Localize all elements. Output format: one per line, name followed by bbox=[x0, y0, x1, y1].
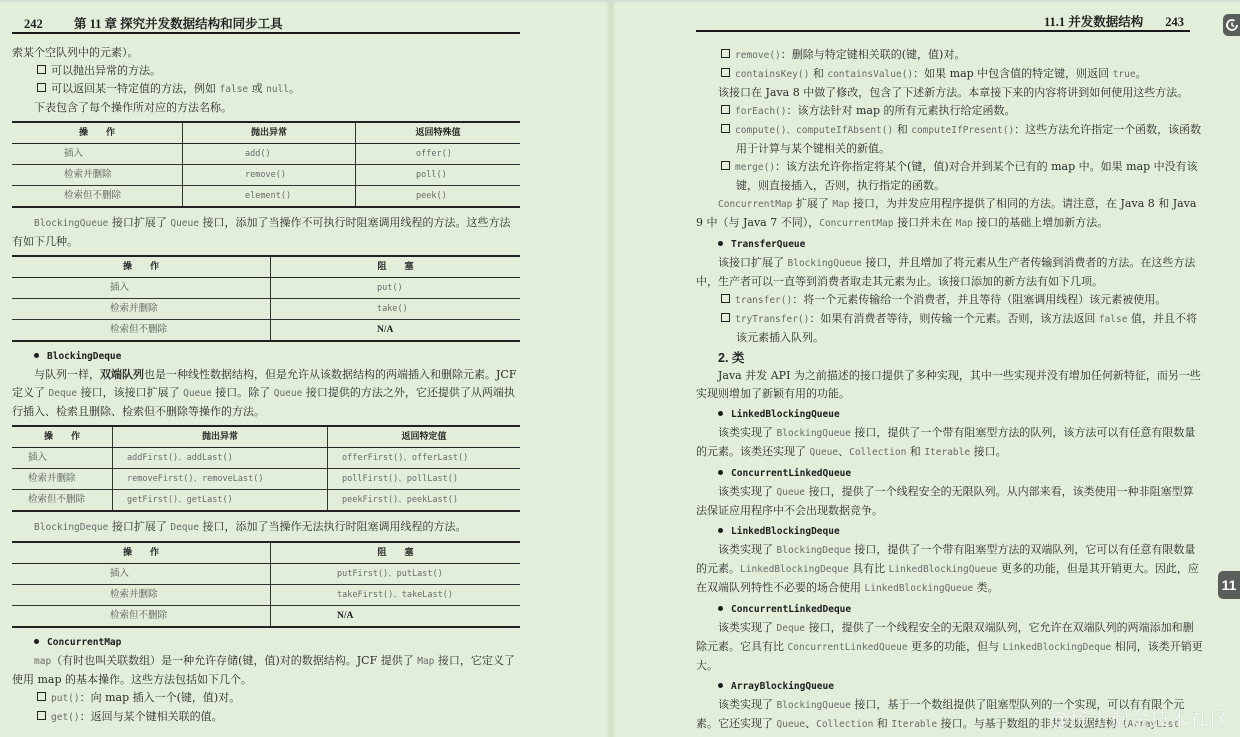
list-item: compute()、computeIfAbsent() 和 computeIfP… bbox=[696, 121, 1204, 158]
checkbox-bullet-icon bbox=[37, 711, 46, 720]
list-item: 可以抛出异常的方法。 bbox=[12, 62, 520, 80]
paragraph: 该类实现了 Queue 接口，提供了一个线程安全的无限队列。从内部来看，该类使用… bbox=[696, 483, 1204, 520]
bullet-icon bbox=[34, 639, 39, 644]
checkbox-bullet-icon bbox=[37, 65, 46, 74]
list-item: containsKey() 和 containsValue()：如果 map 中… bbox=[696, 65, 1204, 84]
checkbox-bullet-icon bbox=[37, 692, 46, 701]
right-page-content: remove()：删除与特定键相关联的(键，值)对。 containsKey()… bbox=[696, 46, 1204, 734]
running-head-left: 242第 11 章 探究并发数据结构和同步工具 bbox=[12, 14, 520, 34]
paragraph: 与队列一样，双端队列也是一种线性数据结构，但是允许从该数据结构的两端插入和删除元… bbox=[12, 366, 520, 421]
page-number-right: 243 bbox=[1165, 15, 1184, 30]
history-button[interactable] bbox=[1223, 14, 1240, 36]
running-head-right: 11.1 并发数据结构243 bbox=[696, 12, 1190, 32]
checkbox-bullet-icon bbox=[721, 49, 730, 58]
checkbox-bullet-icon bbox=[721, 124, 730, 133]
table-row: 检索但不删除element()peek() bbox=[12, 186, 520, 208]
checkbox-bullet-icon bbox=[37, 83, 46, 92]
section-title: 11.1 并发数据结构 bbox=[1044, 15, 1143, 29]
paragraph: 该类实现了 BlockingDeque 接口，提供了一个带有阻塞型方法的双端队列… bbox=[696, 541, 1204, 598]
list-item: transfer()：将一个元素传输给一个消费者，并且等待（阻塞调用线程）该元素… bbox=[696, 291, 1204, 310]
section-bullet-blockingdeque: BlockingDeque bbox=[12, 348, 520, 366]
chapter-tab[interactable]: 11 bbox=[1218, 571, 1240, 599]
paragraph: map（有时也叫关联数组）是一种允许存储(键，值)对的数据结构。JCF 提供了 … bbox=[12, 652, 520, 689]
book-gutter bbox=[607, 2, 615, 737]
list-item: 可以返回某一特定值的方法，例如 false 或 null。 bbox=[12, 80, 520, 99]
bullet-icon bbox=[718, 470, 723, 475]
paragraph: ConcurrentMap 扩展了 Map 接口，为并发应用程序提供了相同的方法… bbox=[696, 195, 1204, 233]
table-row: 插入put() bbox=[12, 278, 520, 299]
bullet-icon bbox=[718, 411, 723, 416]
table-row: 插入addFirst()、addLast()offerFirst()、offer… bbox=[12, 448, 520, 469]
section-bullet-transferqueue: TransferQueue bbox=[696, 236, 1204, 254]
bullet-icon bbox=[34, 353, 39, 358]
page-number-left: 242 bbox=[24, 17, 74, 32]
section-bullet-arrayblockingqueue: ArrayBlockingQueue bbox=[696, 678, 1204, 696]
paragraph: 该接口在 Java 8 中做了修改，包含了下述新方法。本章接下来的内容将讲到如何… bbox=[696, 84, 1204, 102]
deque-methods-table: 操 作抛出异常返回特定值 插入addFirst()、addLast()offer… bbox=[12, 425, 520, 512]
table-row: 检索但不删除N/A bbox=[12, 606, 520, 628]
list-item: remove()：删除与特定键相关联的(键，值)对。 bbox=[696, 46, 1204, 65]
table-row: 检索并删除remove()poll() bbox=[12, 165, 520, 186]
paragraph: 该类实现了 Deque 接口，提供了一个线程安全的无限双端队列，它允许在双端队列… bbox=[696, 619, 1204, 675]
table-row: 检索但不删除N/A bbox=[12, 320, 520, 342]
section-bullet-linkedblockingdeque: LinkedBlockingDeque bbox=[696, 523, 1204, 541]
queue-methods-table: 操 作抛出异常返回特殊值 插入add()offer() 检索并删除remove(… bbox=[12, 121, 520, 208]
table-row: 检索但不删除getFirst()、getLast()peekFirst()、pe… bbox=[12, 490, 520, 512]
history-icon bbox=[1225, 18, 1239, 32]
watermark: @稀土掘金技术社区 bbox=[1050, 704, 1230, 731]
checkbox-bullet-icon bbox=[721, 68, 730, 77]
checkbox-bullet-icon bbox=[721, 294, 730, 303]
checkbox-bullet-icon bbox=[721, 105, 730, 114]
list-item: tryTransfer()：如果有消费者等待，则传输一个元素。否则，该方法返回 … bbox=[696, 310, 1204, 347]
table-row: 检索并删除take() bbox=[12, 299, 520, 320]
list-item: merge()：该方法允许你指定将某个(键，值)对合并到某个已有的 map 中。… bbox=[696, 158, 1204, 195]
blockingqueue-methods-table: 操 作阻 塞 插入put() 检索并删除take() 检索但不删除N/A bbox=[12, 255, 520, 342]
chapter-title: 第 11 章 探究并发数据结构和同步工具 bbox=[74, 17, 283, 31]
paragraph: Java 并发 API 为之前描述的接口提供了多种实现，其中一些实现并没有增加任… bbox=[696, 367, 1204, 403]
section-bullet-concurrentmap: ConcurrentMap bbox=[12, 634, 520, 652]
section-bullet-linkedblockingqueue: LinkedBlockingQueue bbox=[696, 406, 1204, 424]
paragraph: 索某个空队列中的元素）。 bbox=[12, 44, 520, 62]
table-row: 插入putFirst()、putLast() bbox=[12, 564, 520, 585]
list-item: put()：向 map 插入一个(键，值)对。 bbox=[12, 689, 520, 708]
list-item: get()：返回与某个键相关联的值。 bbox=[12, 708, 520, 727]
table-row: 检索并删除removeFirst()、removeLast()pollFirst… bbox=[12, 469, 520, 490]
paragraph: BlockingDeque 接口扩展了 Deque 接口，添加了当操作无法执行时… bbox=[12, 518, 520, 537]
paragraph: 下表包含了每个操作所对应的方法名称。 bbox=[12, 99, 520, 117]
bullet-icon bbox=[718, 241, 723, 246]
table-row: 检索并删除takeFirst()、takeLast() bbox=[12, 585, 520, 606]
checkbox-bullet-icon bbox=[721, 161, 730, 170]
paragraph: BlockingQueue 接口扩展了 Queue 接口，添加了当操作不可执行时… bbox=[12, 214, 520, 251]
table-row: 插入add()offer() bbox=[12, 144, 520, 165]
blockingdeque-methods-table: 操 作阻 塞 插入putFirst()、putLast() 检索并删除takeF… bbox=[12, 541, 520, 628]
paragraph: 该接口扩展了 BlockingQueue 接口，并且增加了将元素从生产者传输到消… bbox=[696, 254, 1204, 291]
checkbox-bullet-icon bbox=[721, 313, 730, 322]
section-heading-classes: 2. 类 bbox=[696, 349, 1204, 367]
bullet-icon bbox=[718, 606, 723, 611]
list-item: forEach()：该方法针对 map 的所有元素执行给定函数。 bbox=[696, 102, 1204, 121]
bullet-icon bbox=[718, 528, 723, 533]
bullet-icon bbox=[718, 683, 723, 688]
paragraph: 该类实现了 BlockingQueue 接口，提供了一个带有阻塞型方法的队列，该… bbox=[696, 424, 1204, 462]
section-bullet-concurrentlinkedqueue: ConcurrentLinkedQueue bbox=[696, 465, 1204, 483]
section-bullet-concurrentlinkeddeque: ConcurrentLinkedDeque bbox=[696, 601, 1204, 619]
left-page-content: 索某个空队列中的元素）。 可以抛出异常的方法。 可以返回某一特定值的方法，例如 … bbox=[12, 44, 520, 727]
